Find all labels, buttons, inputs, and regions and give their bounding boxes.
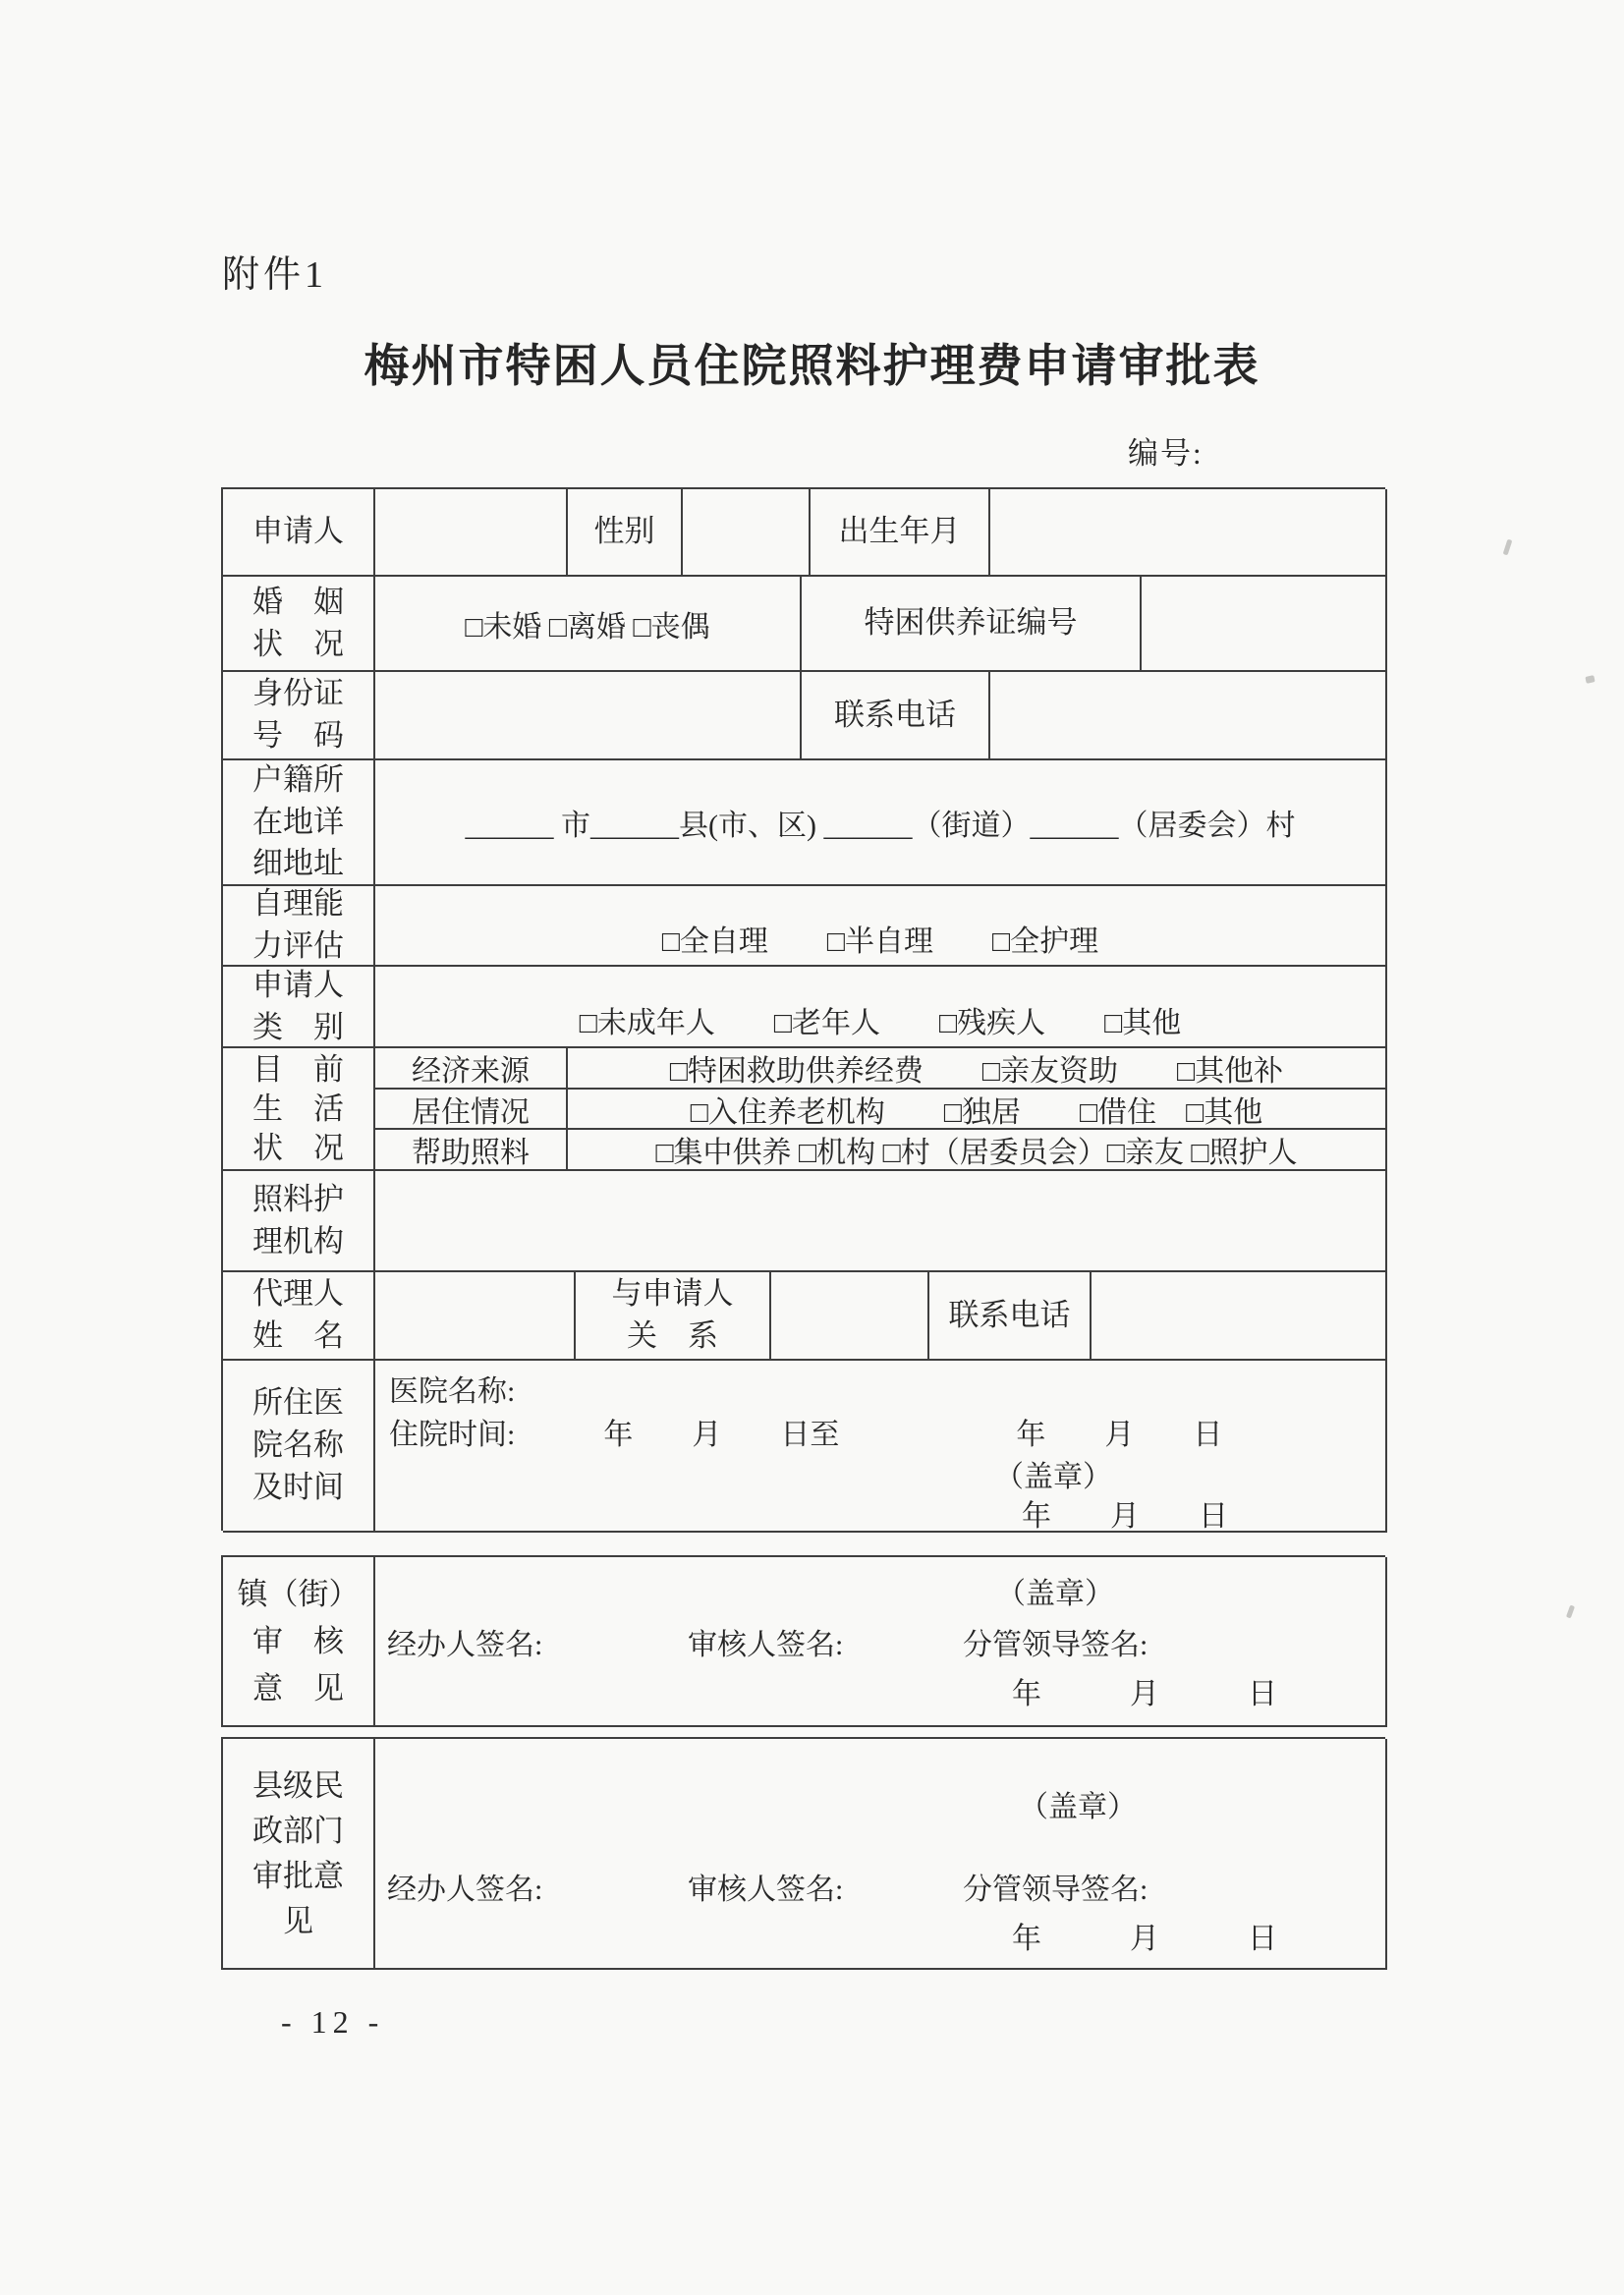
- county-leader-sign-label: 分管领导签名:: [963, 1865, 1148, 1908]
- town-reviewer-sign-label: 审核人签名:: [688, 1620, 843, 1663]
- care-organization-label: 照料护 理机构: [223, 1171, 375, 1272]
- applicant-label: 申请人: [223, 489, 375, 577]
- agent-relation-cell: [771, 1272, 929, 1361]
- care-help-options: □集中供养 □机构 □村（居委员会）□亲友 □照护人: [568, 1130, 1387, 1171]
- hospital-date-line: 年 月 日: [1022, 1491, 1228, 1535]
- town-review-cell: （盖章） 经办人签名: 审核人签名: 分管领导签名: 年 月 日: [375, 1557, 1387, 1727]
- care-organization-cell: [375, 1171, 1387, 1272]
- living-status-label: 目 前 生 活 状 况: [223, 1048, 375, 1171]
- care-help-label: 帮助照料: [375, 1130, 568, 1171]
- county-handler-sign-label: 经办人签名:: [387, 1865, 542, 1908]
- scan-speck: [1585, 675, 1595, 684]
- agent-relation-label: 与申请人 关 系: [576, 1272, 771, 1361]
- serial-number-label: 编号:: [1128, 428, 1204, 473]
- hospital-time-line: 住院时间: 年 月 日至 年 月 日: [389, 1410, 1222, 1453]
- id-number-label: 身份证 号 码: [223, 672, 375, 760]
- hospital-section-label: 所住医 院名称 及时间: [223, 1361, 375, 1533]
- marital-status-options: □未婚 □离婚 □丧偶: [375, 577, 802, 672]
- applicant-category-options: □未成年人 □老年人 □残疾人 □其他: [375, 967, 1387, 1048]
- support-cert-number-label: 特困供养证编号: [802, 577, 1142, 672]
- support-cert-number-cell: [1142, 577, 1387, 672]
- gender-cell: [683, 489, 811, 577]
- income-source-options: □特困救助供养经费 □亲友资助 □其他补: [568, 1048, 1387, 1090]
- hospital-section-cell: 医院名称: 住院时间: 年 月 日至 年 月 日 （盖章） 年 月 日: [375, 1361, 1387, 1533]
- birth-date-cell: [990, 489, 1387, 577]
- page-title: 梅州市特困人员住院照料护理费申请审批表: [0, 330, 1624, 395]
- town-handler-sign-label: 经办人签名:: [387, 1620, 542, 1663]
- main-form-table: 申请人 性别 出生年月 婚 姻 状 况 □未婚 □离婚 □丧偶 特困供养证编号 …: [221, 487, 1385, 1531]
- marital-status-label: 婚 姻 状 况: [223, 577, 375, 672]
- scan-speck: [1566, 1605, 1575, 1619]
- self-care-options: □全自理 □半自理 □全护理: [375, 886, 1387, 967]
- county-approval-label: 县级民 政部门 审批意 见: [223, 1739, 375, 1970]
- county-approval-cell: （盖章） 经办人签名: 审核人签名: 分管领导签名: 年 月 日: [375, 1739, 1387, 1970]
- scanned-form-page: 附件1 梅州市特困人员住院照料护理费申请审批表 编号: 申请人 性别 出生年月 …: [0, 0, 1624, 2295]
- town-review-label: 镇（街） 审 核 意 见: [223, 1557, 375, 1727]
- county-date-line: 年 月 日: [1012, 1914, 1277, 1957]
- agent-name-cell: [375, 1272, 576, 1361]
- gender-label: 性别: [568, 489, 683, 577]
- county-approval-table: 县级民 政部门 审批意 见 （盖章） 经办人签名: 审核人签名: 分管领导签名:…: [221, 1737, 1385, 1970]
- address-label: 户籍所 在地详 细地址: [223, 760, 375, 886]
- contact-phone-label: 联系电话: [802, 672, 990, 760]
- self-care-label: 自理能 力评估: [223, 886, 375, 967]
- county-reviewer-sign-label: 审核人签名:: [688, 1865, 843, 1908]
- county-seal-label: （盖章）: [1019, 1782, 1137, 1825]
- address-blank-line: ______ 市______县(市、区) ______（街道）______（居委…: [375, 760, 1387, 886]
- birth-date-label: 出生年月: [811, 489, 990, 577]
- town-seal-label: （盖章）: [996, 1569, 1114, 1612]
- agent-phone-label: 联系电话: [929, 1272, 1092, 1361]
- income-source-label: 经济来源: [375, 1048, 568, 1090]
- scan-speck: [1503, 539, 1513, 556]
- agent-name-label: 代理人 姓 名: [223, 1272, 375, 1361]
- town-leader-sign-label: 分管领导签名:: [963, 1620, 1148, 1663]
- applicant-category-label: 申请人 类 别: [223, 967, 375, 1048]
- agent-phone-cell: [1092, 1272, 1387, 1361]
- contact-phone-cell: [990, 672, 1387, 760]
- residence-label: 居住情况: [375, 1090, 568, 1130]
- town-date-line: 年 月 日: [1012, 1669, 1277, 1712]
- town-review-table: 镇（街） 审 核 意 见 （盖章） 经办人签名: 审核人签名: 分管领导签名: …: [221, 1555, 1385, 1727]
- id-number-cell: [375, 672, 802, 760]
- hospital-seal-label: （盖章）: [994, 1452, 1112, 1495]
- hospital-name-label: 医院名称:: [389, 1367, 515, 1410]
- applicant-name-cell: [375, 489, 568, 577]
- page-number: - 12 -: [281, 2004, 384, 2041]
- residence-options: □入住养老机构 □独居 □借住 □其他: [568, 1090, 1387, 1130]
- attachment-label: 附件1: [222, 244, 327, 298]
